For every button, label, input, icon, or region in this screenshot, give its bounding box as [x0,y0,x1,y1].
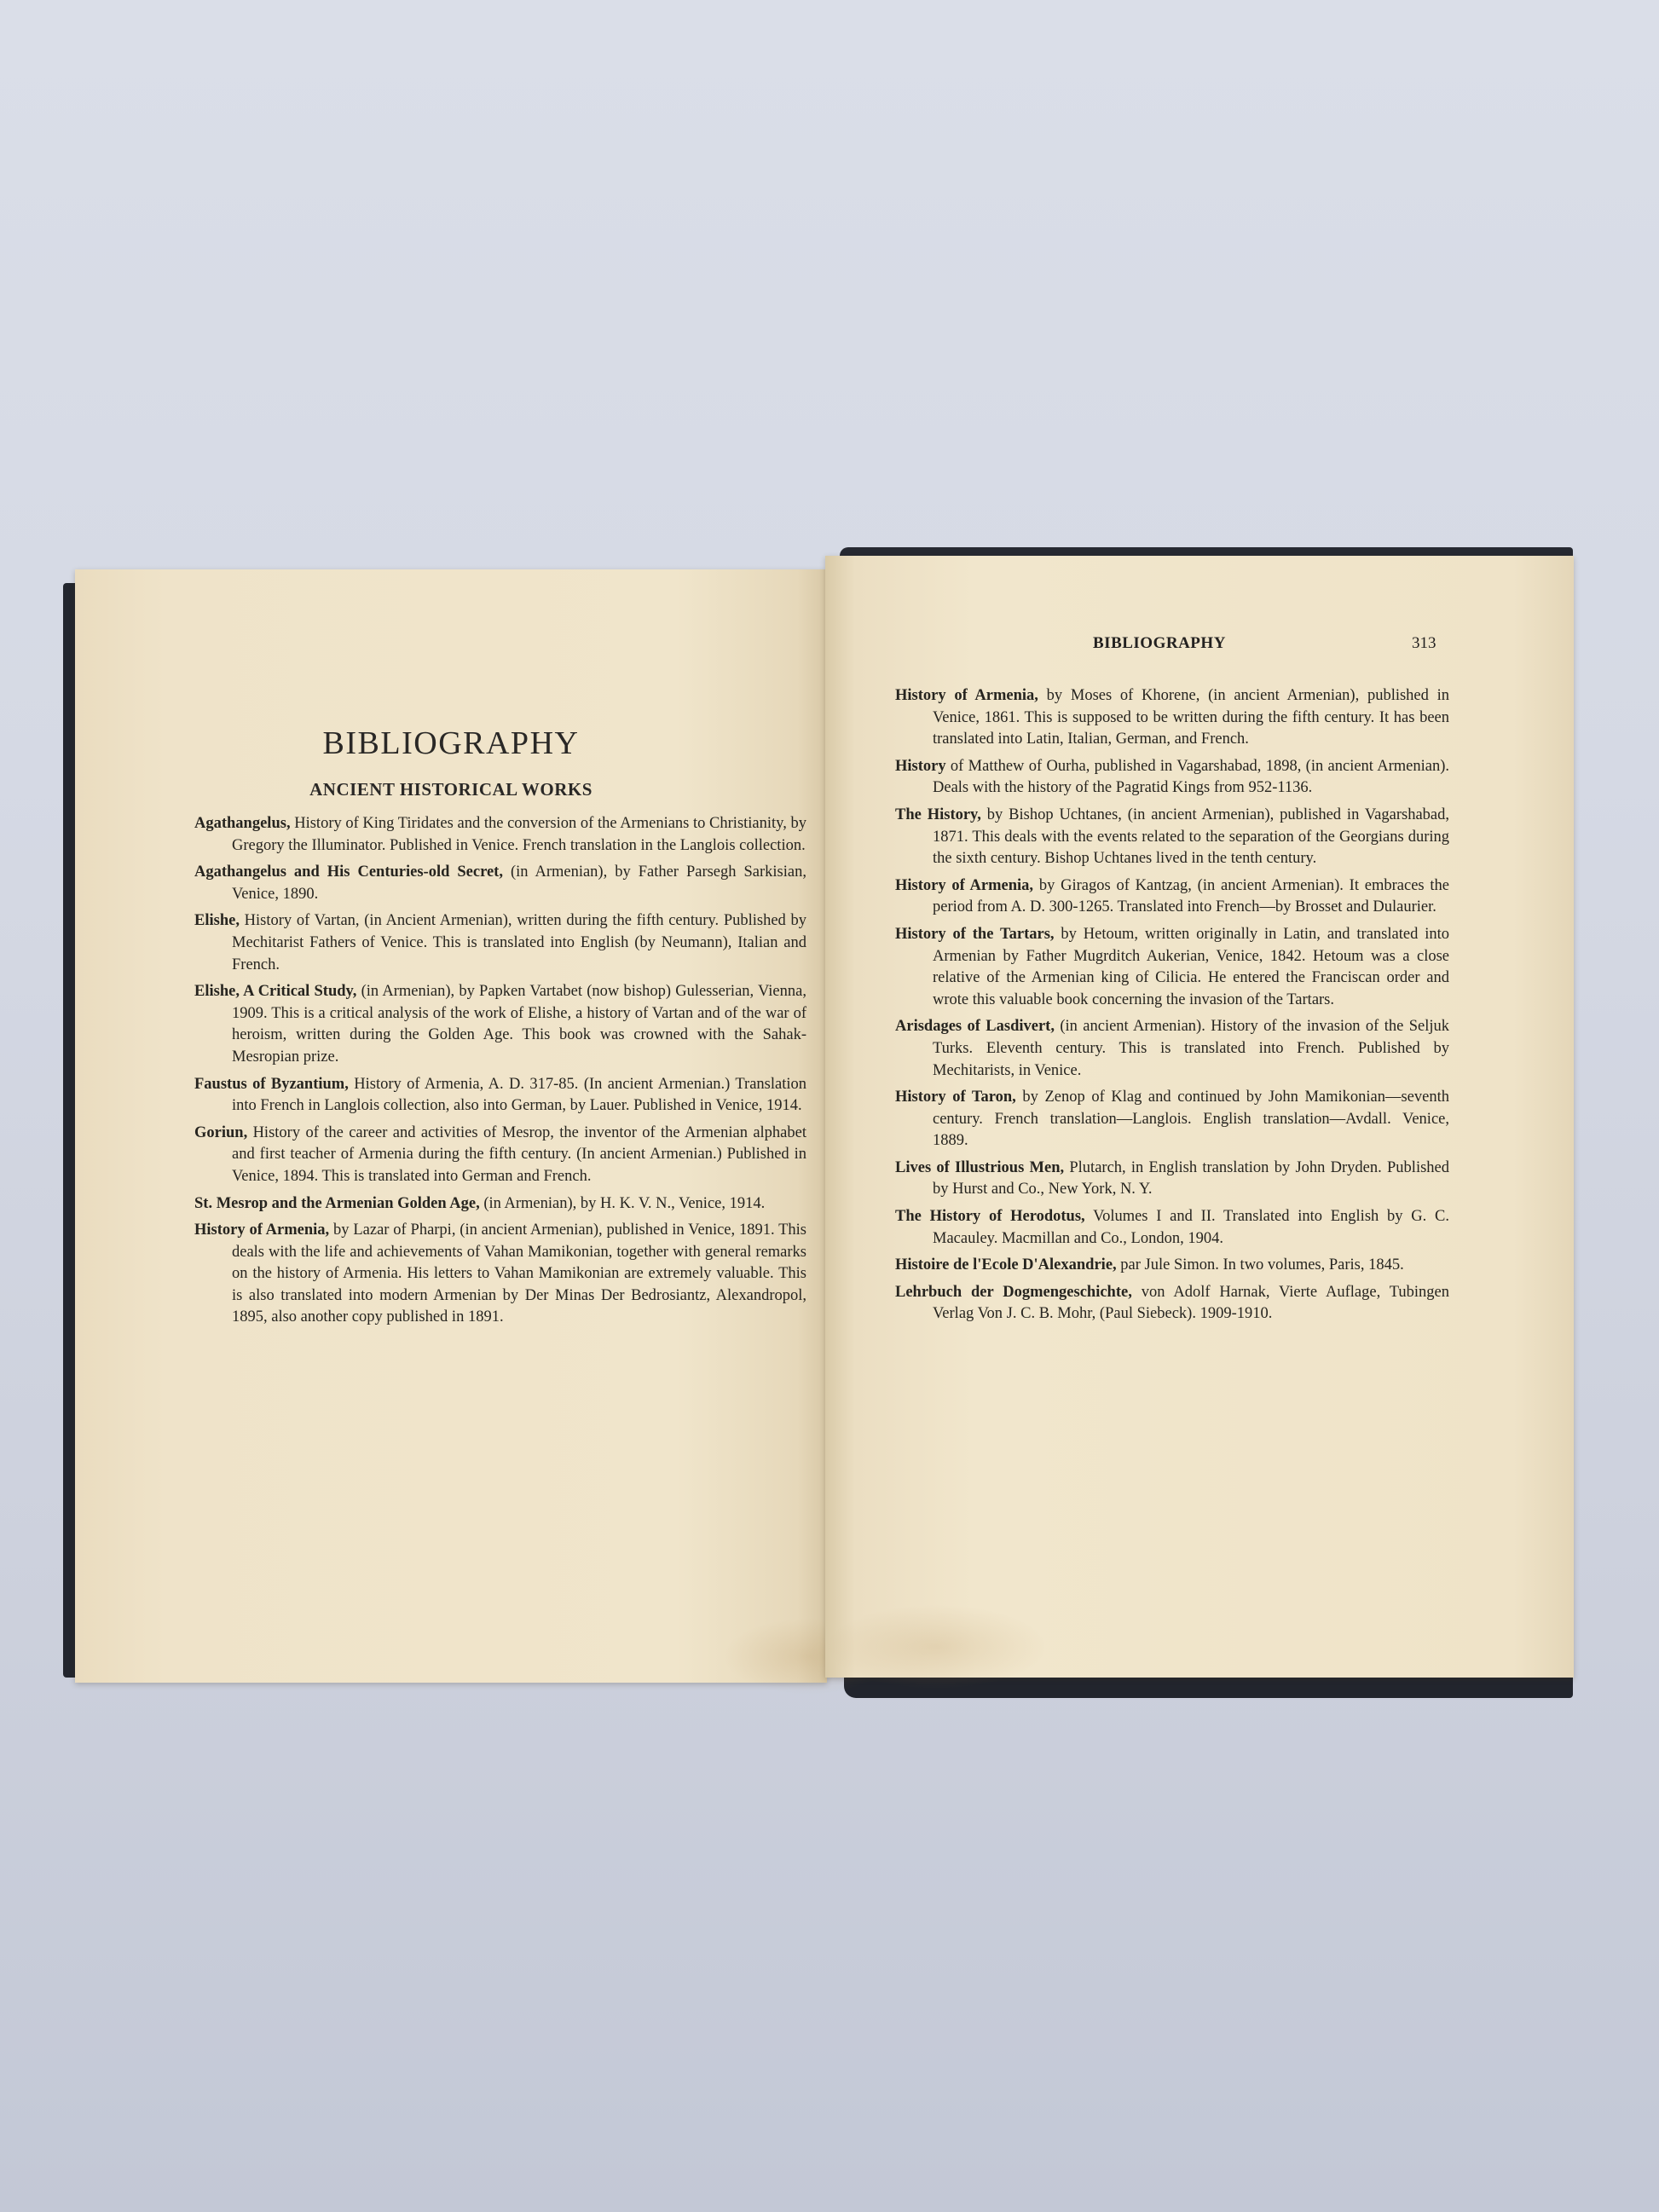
bibliography-list-right: History of Armenia, by Moses of Khorene,… [895,685,1449,1331]
entry-text: History of King Tiridates and the conver… [232,815,806,854]
bibliography-entry: Lives of Illustrious Men, Plutarch, in E… [895,1158,1449,1201]
entry-text: of Matthew of Ourha, published in Vagars… [933,758,1449,797]
entry-title: Elishe, [194,912,240,929]
entry-title: Histoire de l'Ecole D'Alexandrie, [895,1256,1117,1273]
bibliography-entry: Agathangelus and His Centuries-old Secre… [194,862,806,905]
entry-title: Lehrbuch der Dogmengeschichte, [895,1284,1132,1301]
entry-title: History of Armenia, [895,877,1033,894]
entry-title: Arisdages of Lasdivert, [895,1018,1055,1035]
bibliography-entry: History of Taron, by Zenop of Klag and c… [895,1087,1449,1152]
bibliography-entry: The History of Herodotus, Volumes I and … [895,1206,1449,1250]
bibliography-entry: Elishe, A Critical Study, (in Armenian),… [194,981,806,1068]
entry-text: History of Vartan, (in Ancient Armenian)… [232,912,806,973]
bibliography-entry: St. Mesrop and the Armenian Golden Age, … [194,1193,806,1216]
entry-text: (in Armenian), by H. K. V. N., Venice, 1… [480,1195,766,1212]
section-title: ANCIENT HISTORICAL WORKS [75,779,827,800]
bibliography-list-left: Agathangelus, History of King Tiridates … [194,813,806,1334]
bibliography-entry: Faustus of Byzantium, History of Armenia… [194,1074,806,1118]
bibliography-entry: History of Armenia, by Moses of Khorene,… [895,685,1449,751]
bibliography-entry: Histoire de l'Ecole D'Alexandrie, par Ju… [895,1255,1449,1277]
entry-title: Agathangelus and His Centuries-old Secre… [194,863,503,881]
bibliography-entry: History of Armenia, by Giragos of Kantza… [895,875,1449,919]
entry-title: Lives of Illustrious Men, [895,1159,1064,1176]
bibliography-entry: Arisdages of Lasdivert, (in ancient Arme… [895,1016,1449,1082]
entry-title: The History of Herodotus, [895,1208,1085,1225]
bibliography-entry: Lehrbuch der Dogmengeschichte, von Adolf… [895,1282,1449,1325]
entry-title: St. Mesrop and the Armenian Golden Age, [194,1195,480,1212]
entry-title: History [895,758,946,775]
page-number: 313 [1412,634,1436,653]
left-page: BIBLIOGRAPHY ANCIENT HISTORICAL WORKS Ag… [75,569,827,1683]
bibliography-entry: History of Armenia, by Lazar of Pharpi, … [194,1220,806,1329]
entry-title: History of Armenia, [194,1222,329,1239]
running-head: BIBLIOGRAPHY [1093,634,1226,653]
bibliography-entry: Goriun, History of the career and activi… [194,1123,806,1188]
bibliography-entry: The History, by Bishop Uchtanes, (in anc… [895,805,1449,870]
bibliography-entry: Agathangelus, History of King Tiridates … [194,813,806,857]
bibliography-entry: History of Matthew of Ourha, published i… [895,756,1449,800]
entry-title: History of the Tartars, [895,926,1055,943]
entry-title: History of Armenia, [895,687,1038,704]
entry-title: Agathangelus, [194,815,291,832]
entry-title: Faustus of Byzantium, [194,1076,349,1093]
entry-text: History of the career and activities of … [232,1124,806,1185]
entry-title: The History, [895,806,981,823]
bibliography-entry: History of the Tartars, by Hetoum, writt… [895,924,1449,1011]
entry-text: by Bishop Uchtanes, (in ancient Armenian… [933,806,1449,867]
page-stain [825,1604,1047,1689]
entry-text: par Jule Simon. In two volumes, Paris, 1… [1117,1256,1404,1273]
entry-title: Goriun, [194,1124,247,1141]
right-page: BIBLIOGRAPHY 313 History of Armenia, by … [825,556,1574,1678]
entry-title: Elishe, A Critical Study, [194,983,356,1000]
page-title: BIBLIOGRAPHY [75,725,827,762]
entry-title: History of Taron, [895,1089,1016,1106]
bibliography-entry: Elishe, History of Vartan, (in Ancient A… [194,910,806,976]
